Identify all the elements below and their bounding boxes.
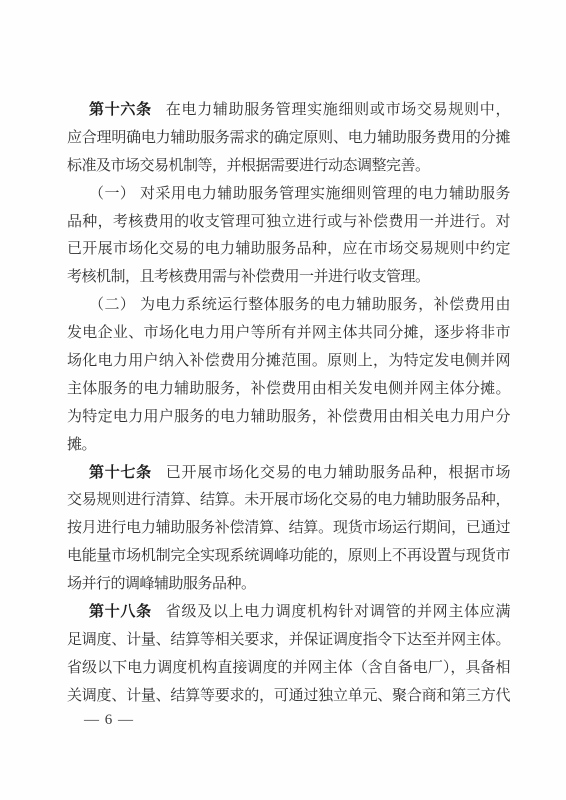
paragraph-line: 发电企业、市场化电力用户等所有并网主体共同分摊，逐步将非市 bbox=[67, 319, 510, 347]
paragraph-line: （二） 为电力系统运行整体服务的电力辅助服务，补偿费用由 bbox=[67, 291, 510, 319]
article-number-18: 第十八条 bbox=[89, 603, 152, 620]
article-number-16: 第十六条 bbox=[89, 101, 152, 118]
line-text: 发电企业、市场化电力用户等所有并网主体共同分摊，逐步将非市 bbox=[67, 324, 510, 341]
line-text: 交易规则进行清算、结算。未开展市场化交易的电力辅助服务品种， bbox=[67, 491, 510, 508]
paragraph-line: 关调度、计量、结算等要求的，可通过独立单元、聚合商和第三方代 bbox=[67, 682, 510, 710]
line-text: 关调度、计量、结算等要求的，可通过独立单元、聚合商和第三方代 bbox=[67, 687, 510, 704]
line-text: 场并行的调峰辅助服务品种。 bbox=[67, 575, 256, 592]
page-number: — 6 — bbox=[84, 712, 134, 728]
document-page: 第十六条在电力辅助服务管理实施细则或市场交易规则中， 应合理明确电力辅助服务需求… bbox=[0, 0, 566, 800]
line-text: 场化电力用户纳入补偿费用分摊范围。原则上，为特定发电侧并网 bbox=[67, 352, 510, 369]
line-text: 按月进行电力辅助服务补偿清算、结算。现货市场运行期间，已通过 bbox=[67, 519, 510, 536]
paragraph-line: 标准及市场交易机制等，并根据需要进行动态调整完善。 bbox=[67, 152, 510, 180]
paragraph-line: 第十七条已开展市场化交易的电力辅助服务品种，根据市场 bbox=[67, 459, 510, 487]
paragraph-line: （一） 对采用电力辅助服务管理实施细则管理的电力辅助服务 bbox=[67, 180, 510, 208]
paragraph-line: 已开展市场化交易的电力辅助服务品种，应在市场交易规则中约定 bbox=[67, 235, 510, 263]
paragraph-line: 品种，考核费用的收支管理可独立进行或与补偿费用一并进行。对 bbox=[67, 208, 510, 236]
article-number-17: 第十七条 bbox=[89, 464, 152, 481]
line-text: 标准及市场交易机制等，并根据需要进行动态调整完善。 bbox=[67, 157, 430, 174]
line-text: 在电力辅助服务管理实施细则或市场交易规则中， bbox=[166, 101, 510, 118]
paragraph-line: 场并行的调峰辅助服务品种。 bbox=[67, 570, 510, 598]
paragraph-line: 为特定电力用户服务的电力辅助服务，补偿费用由相关电力用户分 bbox=[67, 403, 510, 431]
line-text: 省级及以上电力调度机构针对调管的并网主体应满 bbox=[166, 603, 510, 620]
line-text: 已开展市场化交易的电力辅助服务品种，根据市场 bbox=[166, 464, 510, 481]
paragraph-line: 场化电力用户纳入补偿费用分摊范围。原则上，为特定发电侧并网 bbox=[67, 347, 510, 375]
line-text: 已开展市场化交易的电力辅助服务品种，应在市场交易规则中约定 bbox=[67, 240, 510, 257]
line-text: 足调度、计量、结算等相关要求，并保证调度指令下达至并网主体。 bbox=[67, 631, 510, 648]
paragraph-line: 第十八条省级及以上电力调度机构针对调管的并网主体应满 bbox=[67, 598, 510, 626]
document-text-block: 第十六条在电力辅助服务管理实施细则或市场交易规则中， 应合理明确电力辅助服务需求… bbox=[67, 96, 510, 710]
paragraph-line: 应合理明确电力辅助服务需求的确定原则、电力辅助服务费用的分摊 bbox=[67, 124, 510, 152]
line-text: 为特定电力用户服务的电力辅助服务，补偿费用由相关电力用户分 bbox=[67, 408, 510, 425]
paragraph-line: 第十六条在电力辅助服务管理实施细则或市场交易规则中， bbox=[67, 96, 510, 124]
line-text: （二） 为电力系统运行整体服务的电力辅助服务，补偿费用由 bbox=[89, 296, 510, 313]
paragraph-line: 摊。 bbox=[67, 431, 510, 459]
paragraph-line: 省级以下电力调度机构直接调度的并网主体（含自备电厂），具备相 bbox=[67, 654, 510, 682]
line-text: 考核机制，且考核费用需与补偿费用一并进行收支管理。 bbox=[67, 268, 430, 285]
line-text: 摊。 bbox=[67, 436, 96, 453]
paragraph-line: 交易规则进行清算、结算。未开展市场化交易的电力辅助服务品种， bbox=[67, 486, 510, 514]
line-text: 应合理明确电力辅助服务需求的确定原则、电力辅助服务费用的分摊 bbox=[67, 129, 510, 146]
line-text: （一） 对采用电力辅助服务管理实施细则管理的电力辅助服务 bbox=[89, 185, 510, 202]
paragraph-line: 电能量市场机制完全实现系统调峰功能的，原则上不再设置与现货市 bbox=[67, 542, 510, 570]
paragraph-line: 主体服务的电力辅助服务，补偿费用由相关发电侧并网主体分摊。 bbox=[67, 375, 510, 403]
line-text: 省级以下电力调度机构直接调度的并网主体（含自备电厂），具备相 bbox=[67, 659, 510, 676]
line-text: 电能量市场机制完全实现系统调峰功能的，原则上不再设置与现货市 bbox=[67, 547, 510, 564]
paragraph-line: 足调度、计量、结算等相关要求，并保证调度指令下达至并网主体。 bbox=[67, 626, 510, 654]
paragraph-line: 考核机制，且考核费用需与补偿费用一并进行收支管理。 bbox=[67, 263, 510, 291]
paragraph-line: 按月进行电力辅助服务补偿清算、结算。现货市场运行期间，已通过 bbox=[67, 514, 510, 542]
line-text: 主体服务的电力辅助服务，补偿费用由相关发电侧并网主体分摊。 bbox=[67, 380, 510, 397]
line-text: 品种，考核费用的收支管理可独立进行或与补偿费用一并进行。对 bbox=[67, 213, 510, 230]
